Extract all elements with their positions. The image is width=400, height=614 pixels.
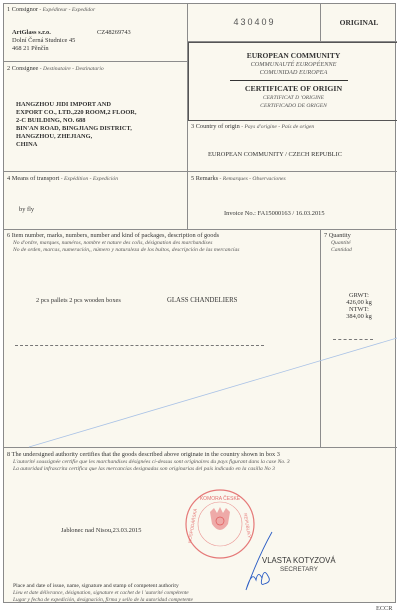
- certification-label: 8 The undersigned authority certifies th…: [7, 451, 280, 458]
- place-date-of-issue: Jablonec nad Nisou,23.03.2015: [61, 527, 141, 534]
- signature-icon: [234, 530, 279, 600]
- issue-footer-es: Lugar y fecha de expedición, designación…: [13, 597, 193, 603]
- certificate-page: 1 Consignor - Expéditeur - Expedidor Art…: [3, 3, 396, 603]
- signatory-title: SECRETARY: [280, 566, 318, 573]
- signatory-name: VLASTA KOTYZOVÁ: [262, 556, 336, 565]
- svg-text:HOSPODÁŘSKÁ: HOSPODÁŘSKÁ: [185, 508, 198, 543]
- box-certification: 8 The undersigned authority certifies th…: [4, 448, 397, 604]
- svg-text:KOMORA ČESKÉ: KOMORA ČESKÉ: [200, 495, 241, 502]
- issue-footer-en: Place and date of issue, name, signature…: [13, 583, 179, 589]
- footer-code: ECCR: [376, 605, 392, 612]
- certification-label-es: La autoridad infrascrita certifica que l…: [13, 466, 275, 472]
- issue-footer-fr: Lieu et date délivrance, désignation, si…: [13, 590, 189, 596]
- certification-label-fr: L'autorité soussignée certifie que les m…: [13, 459, 290, 465]
